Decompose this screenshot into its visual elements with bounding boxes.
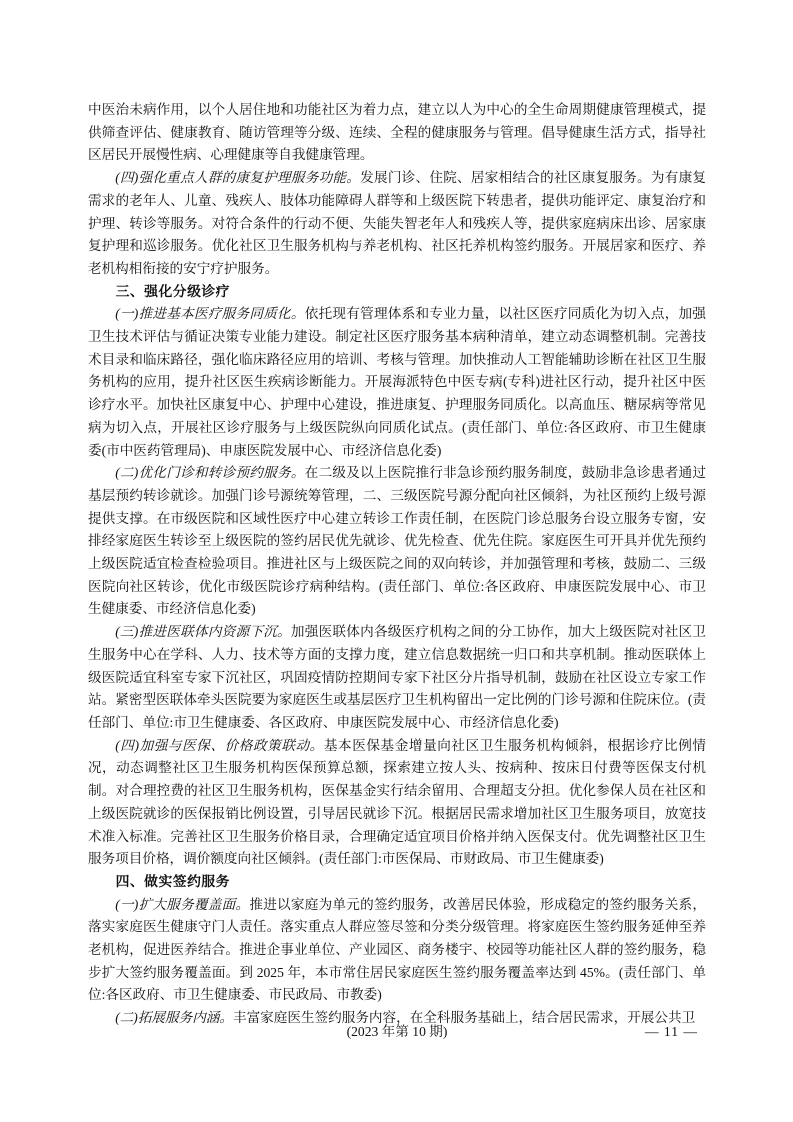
paragraph: (一)扩大服务覆盖面。推进以家庭为单元的签约服务，改善居民体验，形成稳定的签约服…	[88, 894, 706, 1008]
paragraph-lead: (一)扩大服务覆盖面。	[115, 897, 249, 912]
document-body: 中医治未病作用，以个人居住地和功能社区为着力点，建立以人为中心的全生命周期健康管…	[88, 99, 706, 1030]
continuation-paragraph: 中医治未病作用，以个人居住地和功能社区为着力点，建立以人为中心的全生命周期健康管…	[88, 99, 706, 167]
paragraph-lead: (四)强化重点人群的康复护理服务功能。	[115, 170, 360, 185]
paragraph-lead: (一)推进基本医疗服务同质化。	[115, 306, 305, 321]
paragraph: (四)加强与医保、价格政策联动。基本医保基金增量向社区卫生服务机构倾斜，根据诊疗…	[88, 735, 706, 871]
paragraph-lead: (三)推进医联体内资源下沉。	[115, 624, 291, 639]
footer-issue: (2023 年第 10 期)	[88, 1024, 706, 1039]
footer-page-number: — 11 —	[645, 1024, 698, 1039]
paragraph-lead: (二)优化门诊和转诊预约服务。	[115, 465, 305, 480]
paragraph: (三)推进医联体内资源下沉。加强医联体内各级医疗机构之间的分工协作，加大上级医院…	[88, 621, 706, 735]
paragraph-lead: (二)拓展服务内涵。	[115, 1010, 233, 1025]
paragraph: (四)强化重点人群的康复护理服务功能。发展门诊、住院、居家相结合的社区康复服务。…	[88, 167, 706, 281]
paragraph: (二)优化门诊和转诊预约服务。在二级及以上医院推行非急诊预约服务制度，鼓励非急诊…	[88, 462, 706, 621]
paragraph-lead: (四)加强与医保、价格政策联动。	[115, 738, 324, 753]
section-heading: 三、强化分级诊疗	[88, 281, 706, 304]
section-heading: 四、做实签约服务	[88, 871, 706, 894]
paragraph: (一)推进基本医疗服务同质化。依托现有管理体系和专业力量，以社区医疗同质化为切入…	[88, 303, 706, 462]
document-page: 中医治未病作用，以个人居住地和功能社区为着力点，建立以人为中心的全生命周期健康管…	[0, 0, 793, 1122]
